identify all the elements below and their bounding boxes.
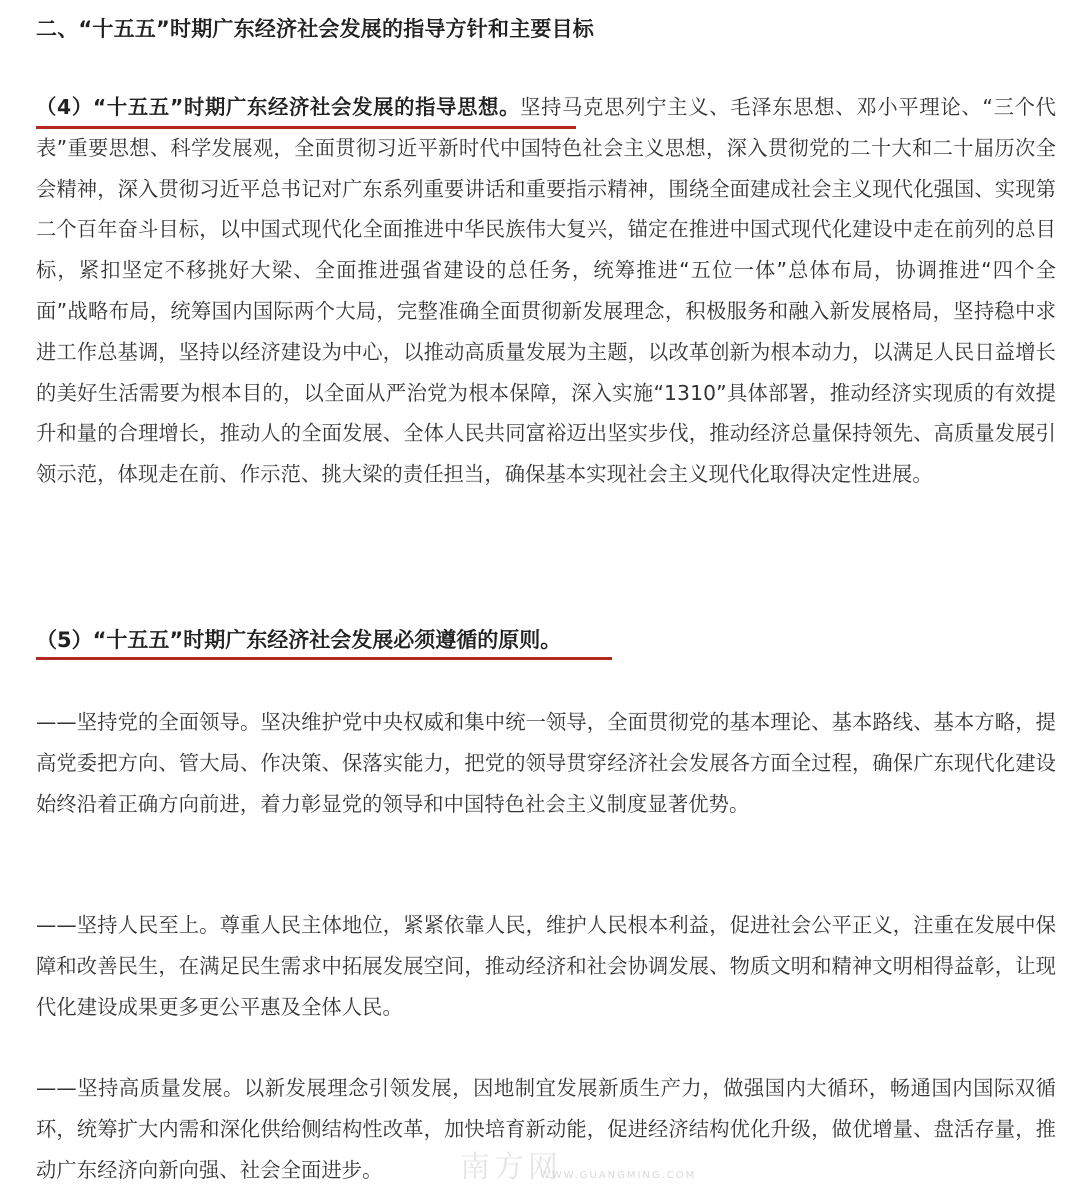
principle-paragraph: ——坚持人民至上。尊重人民主体地位，紧紧依靠人民，维护人民根本利益，促进社会公平… <box>36 905 1056 1027</box>
item4-heading-underline <box>36 126 576 129</box>
section-title: 二、“十五五”时期广东经济社会发展的指导方针和主要目标 <box>36 12 594 46</box>
item4-heading: （4）“十五五”时期广东经济社会发展的指导思想。 <box>36 95 520 119</box>
item5-heading-underline <box>36 657 612 660</box>
item4-body: 坚持马克思列宁主义、毛泽东思想、邓小平理论、“三个代表”重要思想、科学发展观，全… <box>36 95 1056 486</box>
item5-heading: （5）“十五五”时期广东经济社会发展必须遵循的原则。 <box>36 620 561 660</box>
principle-paragraph: ——坚持高质量发展。以新发展理念引领发展，因地制宜发展新质生产力，做强国内大循环… <box>36 1068 1056 1187</box>
item4-paragraph: （4）“十五五”时期广东经济社会发展的指导思想。坚持马克思列宁主义、毛泽东思想、… <box>36 87 1056 495</box>
principle-paragraph: ——坚持党的全面领导。坚决维护党中央权威和集中统一领导，全面贯彻党的基本理论、基… <box>36 702 1056 824</box>
